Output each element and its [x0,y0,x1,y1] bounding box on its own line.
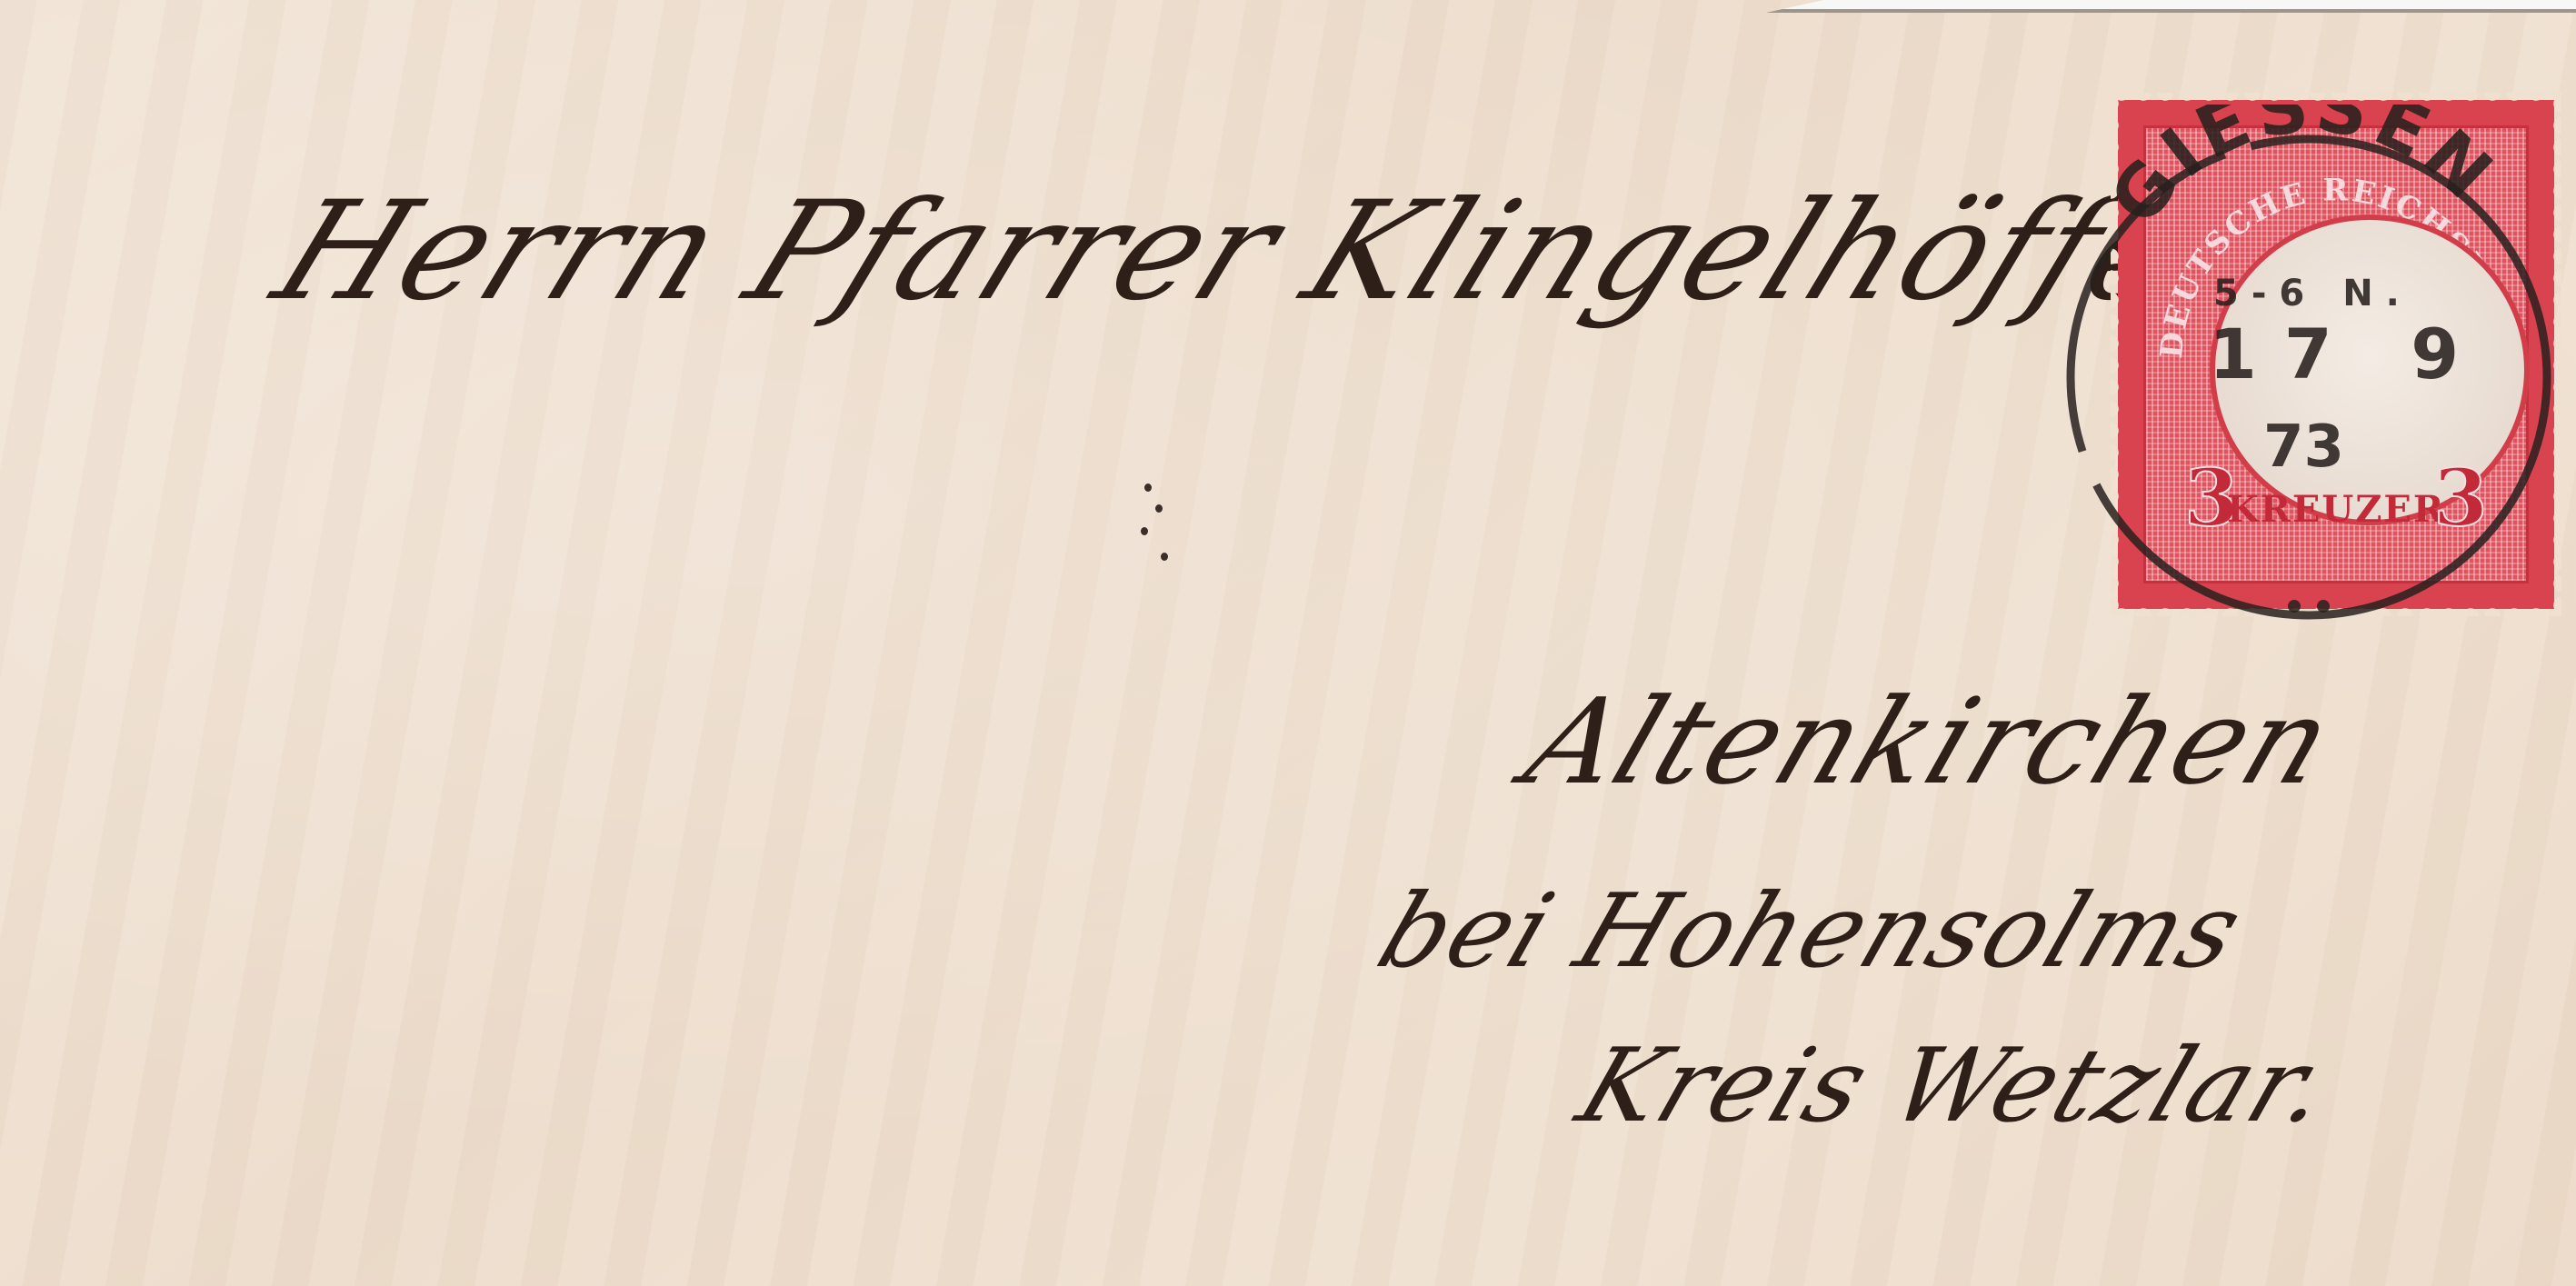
stamp-value-right: 3 [2433,453,2488,544]
ink-specks [1141,482,1168,563]
postage-stamp: DEUTSCHE REICHSPOST 3 KREUZER 3 [2118,100,2554,609]
envelope: Herrn Pfarrer Klingelhöffer Altenkirchen… [0,0,2576,1286]
address-district: Kreis Wetzlar. [1563,1027,2348,1145]
address-near: bei Hohensolms [1363,872,2259,991]
address-recipient: Herrn Pfarrer Klingelhöffer [255,173,2277,331]
stamp-frame: DEUTSCHE REICHSPOST 3 KREUZER 3 [2143,125,2529,583]
address-town: Altenkirchen [1509,673,2351,811]
envelope-top-edge [1758,0,2576,15]
